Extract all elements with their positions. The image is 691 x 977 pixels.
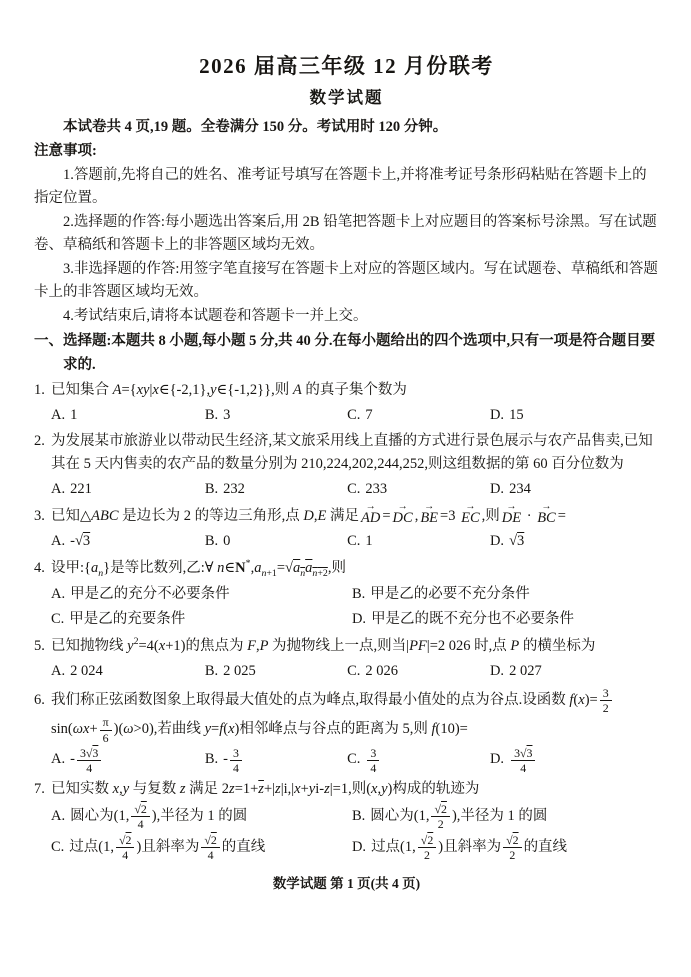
option-text: 7 <box>365 407 372 423</box>
option-label: A. <box>51 751 65 767</box>
option-b: B.甲是乙的必要不充分条件 <box>352 583 659 606</box>
option-label: B. <box>205 533 218 549</box>
question-text: 已知实数 x,y 与复数 z 满足 2z=1+z+|z|i,|x+yi-z|=1… <box>51 781 479 797</box>
question-5: 5.已知抛物线 y2=4(x+1)的焦点为 F,P 为抛物线上一点,则当|PF|… <box>34 635 659 684</box>
notice-heading: 注意事项: <box>34 140 659 163</box>
option-b: B.-34 <box>205 746 347 775</box>
option-label: A. <box>51 481 65 497</box>
option-label: A. <box>51 586 65 602</box>
option-a: A.-3√34 <box>51 746 205 775</box>
option-label: B. <box>205 407 218 423</box>
option-text: 221 <box>70 481 92 497</box>
option-text: 15 <box>509 407 524 423</box>
question-text: 已知抛物线 y2=4(x+1)的焦点为 F,P 为抛物线上一点,则当|PF|=2… <box>51 638 595 654</box>
option-text: 2 026 <box>365 663 398 679</box>
option-label: C. <box>51 839 64 855</box>
option-text: -34 <box>223 751 244 767</box>
option-text: 过点(1,√24)且斜率为√24的直线 <box>69 839 265 855</box>
question-3: 3.已知△ABC 是边长为 2 的等边三角形,点 D,E 满足AD=DC,BE=… <box>34 504 659 553</box>
option-text: 圆心为(1,√22),半径为 1 的圆 <box>370 808 547 824</box>
question-text: 为发展某市旅游业以带动民生经济,某文旅采用线上直播的方式进行景色展示与农产品售卖… <box>51 433 653 472</box>
option-text: 甲是乙的既不充分也不必要条件 <box>371 611 574 627</box>
option-label: C. <box>347 751 360 767</box>
question-1-options: A.1 B.3 C.7 D.15 <box>34 404 659 427</box>
notice-item-4: 4.考试结束后,请将本试题卷和答题卡一并上交。 <box>34 305 659 328</box>
option-d: D.15 <box>490 404 659 427</box>
question-text: 设甲:{an}是等比数列,乙:∀ n∈N*,an+1=√anan+2,则 <box>51 560 346 576</box>
question-number: 2. <box>34 430 51 453</box>
page-footer: 数学试题 第 1 页(共 4 页) <box>34 872 659 892</box>
question-2: 2.为发展某市旅游业以带动民生经济,某文旅采用线上直播的方式进行景色展示与农产品… <box>34 430 659 501</box>
page-subtitle: 数学试题 <box>34 84 659 108</box>
question-5-stem: 5.已知抛物线 y2=4(x+1)的焦点为 F,P 为抛物线上一点,则当|PF|… <box>34 635 659 659</box>
option-text: 234 <box>509 481 531 497</box>
option-b: B.圆心为(1,√22),半径为 1 的圆 <box>352 802 659 831</box>
question-text: 已知△ABC 是边长为 2 的等边三角形,点 D,E 满足AD=DC,BE=3 … <box>51 508 566 524</box>
option-label: B. <box>205 481 218 497</box>
option-label: D. <box>490 481 504 497</box>
question-5-options: A.2 024 B.2 025 C.2 026 D.2 027 <box>34 660 659 683</box>
option-label: B. <box>352 808 365 824</box>
option-text: 3 <box>223 407 230 423</box>
option-text: 2 025 <box>223 663 256 679</box>
question-2-options: A.221 B.232 C.233 D.234 <box>34 478 659 501</box>
option-b: B.232 <box>205 478 347 501</box>
question-6-options: A.-3√34 B.-34 C.34 D.3√34 <box>34 746 659 775</box>
option-label: D. <box>352 839 366 855</box>
option-text: 232 <box>223 481 245 497</box>
exam-page: 2026 届高三年级 12 月份联考 数学试题 本试卷共 4 页,19 题。全卷… <box>0 0 691 977</box>
question-1-stem: 1.已知集合 A={xy|x∈{-2,1},y∈{-1,2}},则 A 的真子集… <box>34 379 659 402</box>
option-c: C.233 <box>347 478 490 501</box>
notice-item-3: 3.非选择题的作答:用签字笔直接写在答题卡上对应的答题区域内。写在试题卷、草稿纸… <box>34 258 659 305</box>
option-d: D.√3 <box>490 530 659 553</box>
option-label: C. <box>347 663 360 679</box>
option-text: 1 <box>70 407 77 423</box>
question-6: 6.我们称正弦函数图象上取得最大值处的点为峰点,取得最小值处的点为谷点.设函数 … <box>34 686 659 774</box>
question-number: 1. <box>34 379 51 402</box>
question-7: 7.已知实数 x,y 与复数 z 满足 2z=1+z+|z|i,|x+yi-z|… <box>34 778 659 863</box>
option-label: C. <box>347 407 360 423</box>
option-text: 34 <box>365 751 381 767</box>
question-4: 4.设甲:{an}是等比数列,乙:∀ n∈N*,an+1=√anan+2,则 A… <box>34 556 659 632</box>
question-text: 我们称正弦函数图象上取得最大值处的点为峰点,取得最小值处的点为谷点.设函数 f(… <box>51 692 614 737</box>
exam-info: 本试卷共 4 页,19 题。全卷满分 150 分。考试用时 120 分钟。 <box>34 116 659 138</box>
option-d: D.3√34 <box>490 746 659 775</box>
option-d: D.过点(1,√22)且斜率为√22的直线 <box>352 833 659 862</box>
option-label: B. <box>205 751 218 767</box>
option-b: B.0 <box>205 530 347 553</box>
question-3-options: A.-√3 B.0 C.1 D.√3 <box>34 530 659 553</box>
question-1: 1.已知集合 A={xy|x∈{-2,1},y∈{-1,2}},则 A 的真子集… <box>34 379 659 427</box>
option-text: 圆心为(1,√24),半径为 1 的圆 <box>70 808 247 824</box>
option-text: 3√34 <box>509 751 537 767</box>
option-label: D. <box>352 611 366 627</box>
option-text: 过点(1,√22)且斜率为√22的直线 <box>371 839 567 855</box>
option-c: C.甲是乙的充要条件 <box>51 608 352 631</box>
option-label: A. <box>51 533 65 549</box>
option-text: 1 <box>365 533 372 549</box>
option-text: -√3 <box>70 533 90 549</box>
option-a: A.1 <box>51 404 205 427</box>
question-number: 3. <box>34 505 51 528</box>
option-a: A.2 024 <box>51 660 205 683</box>
question-number: 5. <box>34 635 51 658</box>
option-c: C.7 <box>347 404 490 427</box>
section-heading-choice: 一、选择题:本题共 8 小题,每小题 5 分,共 40 分.在每小题给出的四个选… <box>34 330 659 377</box>
option-d: D.2 027 <box>490 660 659 683</box>
option-text: 2 027 <box>509 663 542 679</box>
option-text: 甲是乙的充分不必要条件 <box>70 586 230 602</box>
option-label: A. <box>51 407 65 423</box>
option-a: A.221 <box>51 478 205 501</box>
option-c: C.2 026 <box>347 660 490 683</box>
option-label: D. <box>490 663 504 679</box>
question-3-stem: 3.已知△ABC 是边长为 2 的等边三角形,点 D,E 满足AD=DC,BE=… <box>34 504 659 528</box>
question-number: 4. <box>34 557 51 580</box>
page-title: 2026 届高三年级 12 月份联考 <box>34 50 659 80</box>
option-label: D. <box>490 751 504 767</box>
option-text: -3√34 <box>70 751 103 767</box>
option-label: B. <box>352 586 365 602</box>
option-a: A.-√3 <box>51 530 205 553</box>
option-text: 2 024 <box>70 663 103 679</box>
option-a: A.甲是乙的充分不必要条件 <box>51 583 352 606</box>
option-label: C. <box>347 533 360 549</box>
option-label: B. <box>205 663 218 679</box>
option-label: C. <box>347 481 360 497</box>
option-b: B.3 <box>205 404 347 427</box>
option-a: A.圆心为(1,√24),半径为 1 的圆 <box>51 802 352 831</box>
option-c: C.34 <box>347 746 490 775</box>
option-label: D. <box>490 533 504 549</box>
question-2-stem: 2.为发展某市旅游业以带动民生经济,某文旅采用线上直播的方式进行景色展示与农产品… <box>34 430 659 477</box>
question-number: 6. <box>34 689 51 712</box>
option-label: C. <box>51 611 64 627</box>
option-text: 0 <box>223 533 230 549</box>
notice-item-1: 1.答题前,先将自己的姓名、准考证号填写在答题卡上,并将准考证号条形码粘贴在答题… <box>34 164 659 211</box>
option-label: D. <box>490 407 504 423</box>
question-text: 已知集合 A={xy|x∈{-2,1},y∈{-1,2}},则 A 的真子集个数… <box>51 382 407 398</box>
option-label: A. <box>51 808 65 824</box>
option-b: B.2 025 <box>205 660 347 683</box>
option-c: C.过点(1,√24)且斜率为√24的直线 <box>51 833 352 862</box>
option-text: 甲是乙的充要条件 <box>69 611 185 627</box>
option-d: D.甲是乙的既不充分也不必要条件 <box>352 608 659 631</box>
notice-item-2: 2.选择题的作答:每小题选出答案后,用 2B 铅笔把答题卡上对应题目的答案标号涂… <box>34 211 659 258</box>
option-c: C.1 <box>347 530 490 553</box>
question-4-stem: 4.设甲:{an}是等比数列,乙:∀ n∈N*,an+1=√anan+2,则 <box>34 556 659 582</box>
option-text: 甲是乙的必要不充分条件 <box>370 586 530 602</box>
question-6-stem: 6.我们称正弦函数图象上取得最大值处的点为峰点,取得最小值处的点为谷点.设函数 … <box>34 686 659 744</box>
question-7-stem: 7.已知实数 x,y 与复数 z 满足 2z=1+z+|z|i,|x+yi-z|… <box>34 778 659 801</box>
question-7-options: A.圆心为(1,√24),半径为 1 的圆 B.圆心为(1,√22),半径为 1… <box>34 802 659 862</box>
option-d: D.234 <box>490 478 659 501</box>
question-number: 7. <box>34 778 51 801</box>
option-text: 233 <box>365 481 387 497</box>
question-4-options: A.甲是乙的充分不必要条件 B.甲是乙的必要不充分条件 C.甲是乙的充要条件 D… <box>34 583 659 632</box>
option-text: √3 <box>509 533 524 549</box>
option-label: A. <box>51 663 65 679</box>
